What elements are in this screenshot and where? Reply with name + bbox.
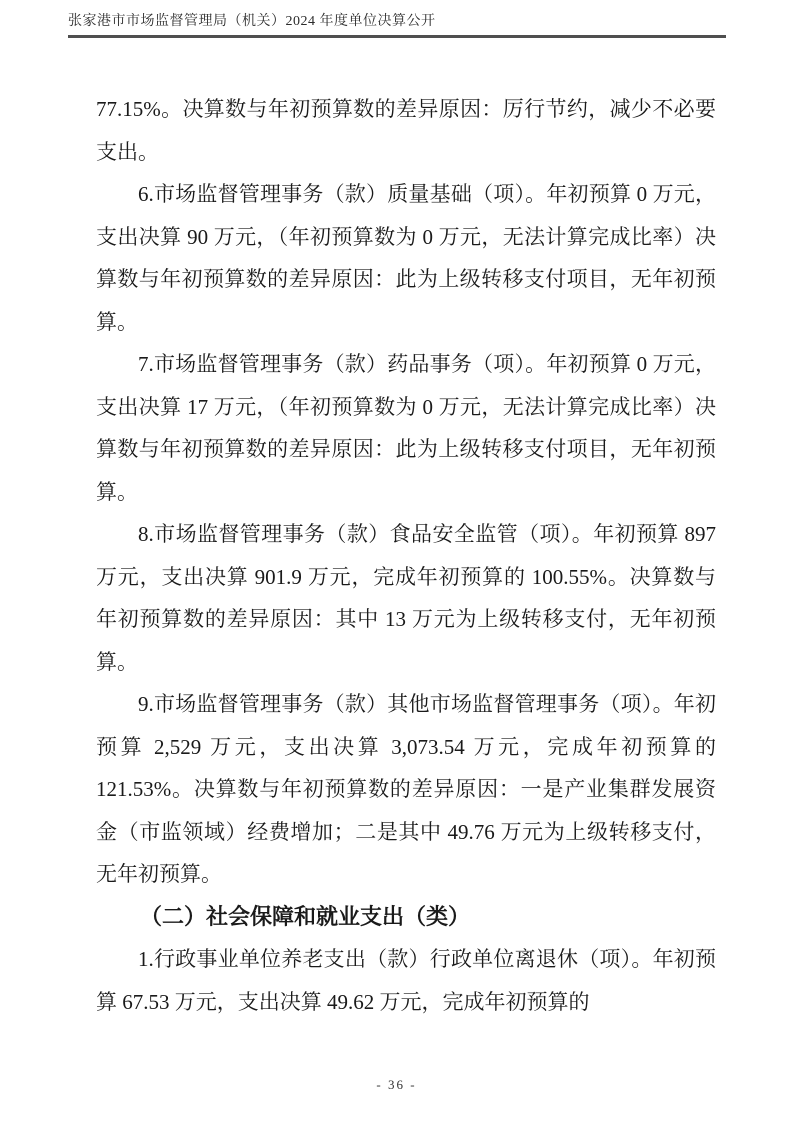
- document-body: 77.15%。决算数与年初预算数的差异原因：厉行节约，减少不必要支出。 6.市场…: [96, 88, 716, 1023]
- section-heading-social-security: （二）社会保障和就业支出（类）: [96, 896, 716, 939]
- paragraph-item-1-social: 1.行政事业单位养老支出（款）行政单位离退休（项）。年初预算 67.53 万元，…: [96, 938, 716, 1023]
- paragraph-item-6: 6.市场监督管理事务（款）质量基础（项）。年初预算 0 万元，支出决算 90 万…: [96, 173, 716, 343]
- page-footer: - 36 -: [0, 1076, 793, 1094]
- page-number: - 36 -: [376, 1077, 416, 1092]
- paragraph-item-9: 9.市场监督管理事务（款）其他市场监督管理事务（项）。年初预算 2,529 万元…: [96, 683, 716, 896]
- paragraph-item-7: 7.市场监督管理事务（款）药品事务（项）。年初预算 0 万元，支出决算 17 万…: [96, 343, 716, 513]
- document-page: 张家港市市场监督管理局（机关）2024 年度单位决算公开 77.15%。决算数与…: [0, 0, 793, 1122]
- page-header: 张家港市市场监督管理局（机关）2024 年度单位决算公开: [68, 10, 726, 38]
- header-title: 张家港市市场监督管理局（机关）2024 年度单位决算公开: [68, 14, 436, 29]
- paragraph-item-8: 8.市场监督管理事务（款）食品安全监管（项）。年初预算 897 万元，支出决算 …: [96, 513, 716, 683]
- paragraph-continuation: 77.15%。决算数与年初预算数的差异原因：厉行节约，减少不必要支出。: [96, 88, 716, 173]
